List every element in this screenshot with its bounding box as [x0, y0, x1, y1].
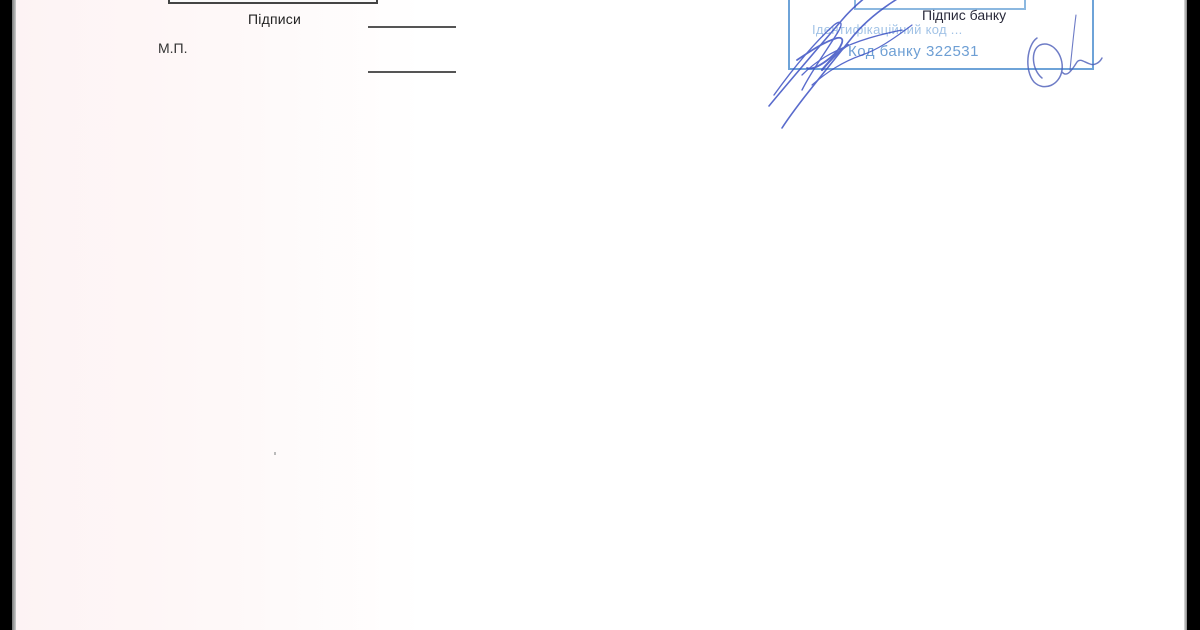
stamp-bank-code-line: Код банку 322531 — [848, 43, 979, 60]
signature-line-2 — [368, 71, 456, 73]
signature-line-1 — [368, 26, 456, 28]
signatures-label: Підписи — [248, 11, 301, 27]
stamp-id-code-line: Ідентифікаційний код ... — [812, 22, 963, 37]
bank-signature-label: Підпис банку — [922, 7, 1006, 23]
seal-place-label: М.П. — [158, 40, 188, 56]
scan-speck — [274, 452, 276, 455]
client-signature-box — [168, 0, 378, 4]
scanned-document-page: Підписи М.П. Підпис банку Ідентифікаційн… — [12, 0, 1187, 630]
handwritten-signature-icon — [12, 0, 1187, 630]
